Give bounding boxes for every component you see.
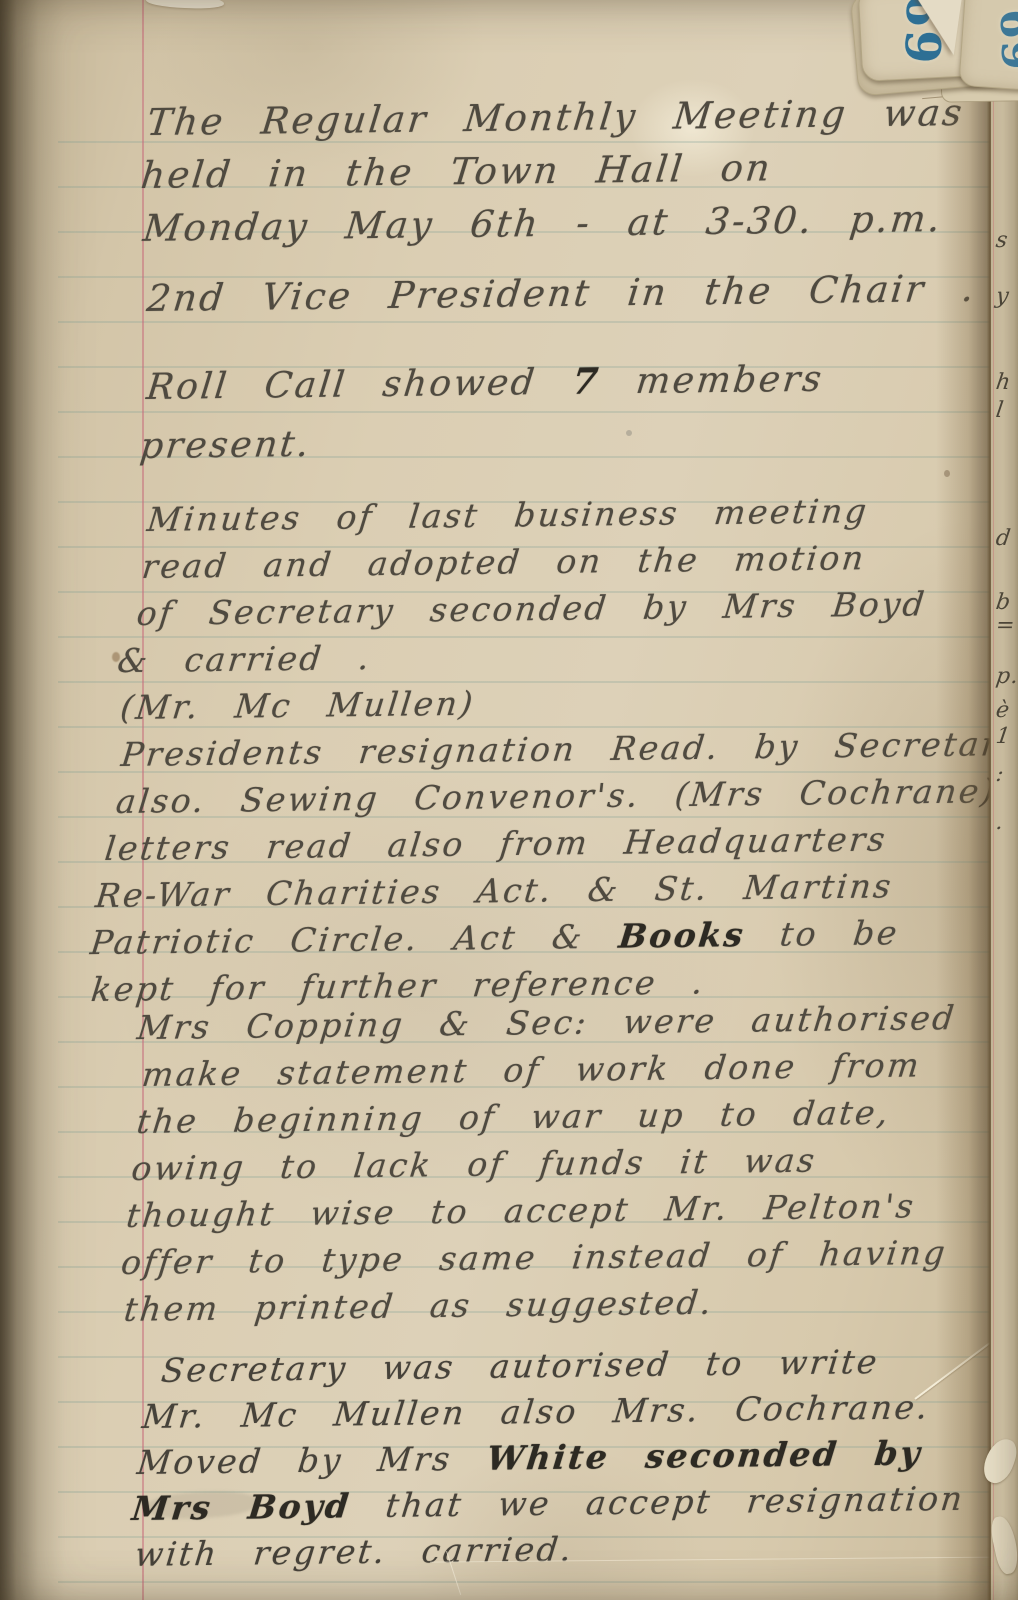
folded-corner: [904, 0, 962, 55]
photo-vignette: [0, 0, 1018, 1600]
page-number-stamp-right: 69: [991, 8, 1018, 72]
minute-book-page-photo: The Regular Monthly Meeting washeld in t…: [0, 0, 1018, 1600]
